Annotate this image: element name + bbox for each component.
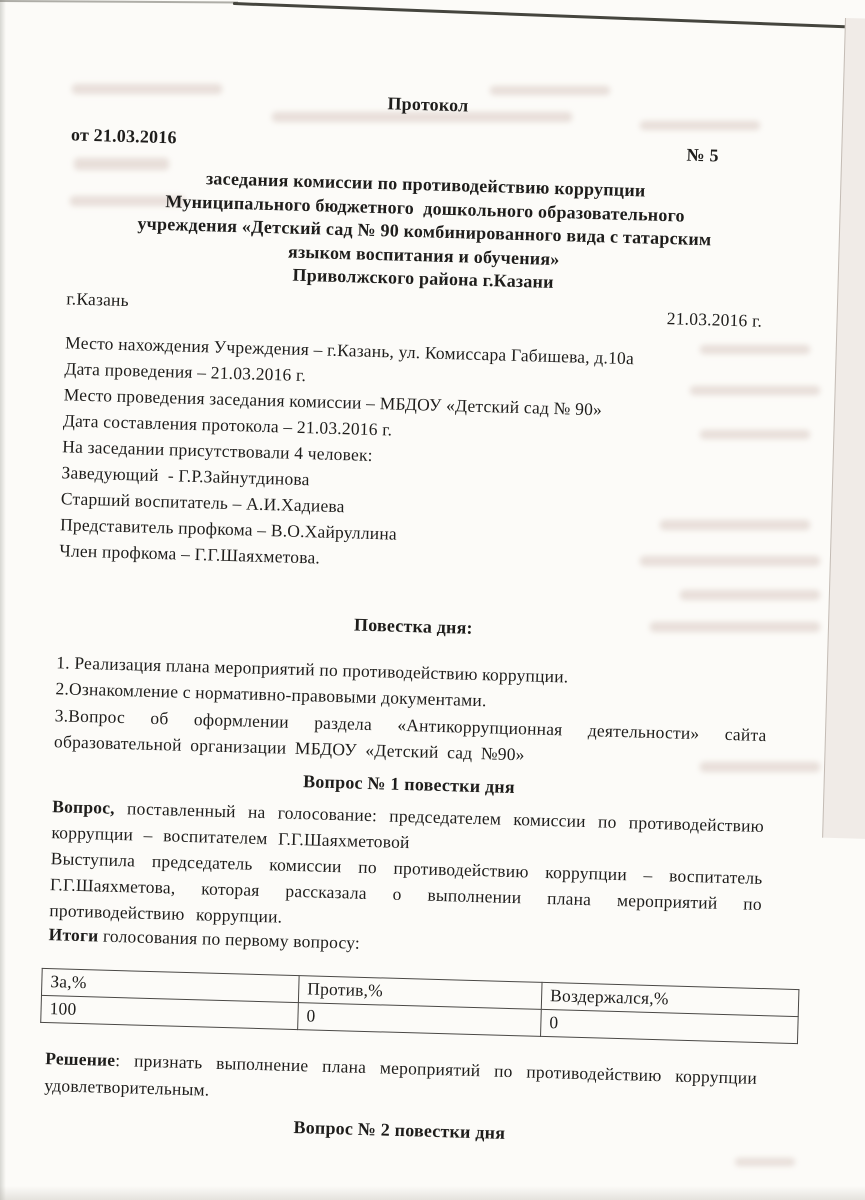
date-right: 21.03.2016 г.: [666, 305, 778, 334]
value-for: 100: [41, 995, 299, 1029]
decision-text: : признать выполнение плана мероприятий …: [44, 1050, 757, 1100]
results-text: голосования по первому вопросу:: [98, 925, 360, 952]
protocol-document: Протокол от 21.03.2016 № 5 заседания ком…: [43, 69, 784, 1152]
date-number-row: от 21.03.2016 № 5: [71, 121, 783, 167]
bleed-through-artifact: [735, 1158, 795, 1166]
document-date: от 21.03.2016: [71, 121, 177, 150]
document-title: Протокол: [72, 81, 784, 127]
agenda-list: 1. Реализация плана мероприятий по проти…: [54, 649, 769, 775]
vote-results-table: За,% Против,% Воздержался,% 100 0 0: [40, 967, 799, 1043]
paper-right-edge: [822, 18, 865, 840]
paragraph-text: поставленный на голосование: председател…: [51, 797, 764, 851]
city-label: г.Казань: [66, 285, 129, 313]
document-number: № 5: [686, 142, 783, 171]
paragraph-lead: Вопрос,: [52, 796, 115, 818]
value-against: 0: [298, 1002, 542, 1036]
agenda-heading: Повестка дня:: [57, 603, 769, 649]
decision-lead: Решение: [45, 1048, 116, 1070]
decision-paragraph: Решение: признать выполнение плана мероп…: [44, 1045, 757, 1119]
scan-edge-top-left: [0, 0, 238, 3]
results-lead: Итоги: [48, 924, 98, 945]
value-abstained: 0: [541, 1009, 799, 1043]
meeting-details: Место нахождения Учреждения – г.Казань, …: [59, 329, 777, 583]
scan-shadow-bottom: [0, 1186, 865, 1200]
scan-edge-top: [233, 2, 865, 30]
scan-edge-left: [0, 0, 6, 1200]
document-subtitle: заседания комиссии по противодействию ко…: [67, 163, 782, 300]
